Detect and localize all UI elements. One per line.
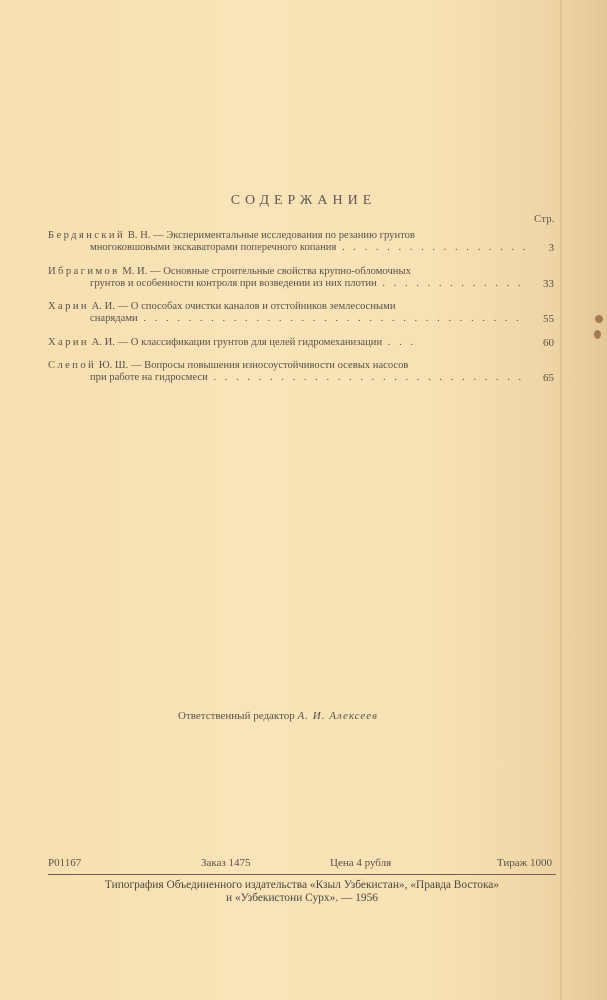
publication-code: Р01167 — [48, 857, 81, 869]
entry-page-number: 65 — [524, 372, 554, 384]
entry-title-line2: грунтов и особенности контроля при возве… — [90, 278, 377, 290]
entry-page-number: 60 — [524, 337, 554, 349]
entry-author: Харин — [48, 301, 89, 312]
page-fold — [560, 0, 562, 1000]
entry-page-number: 33 — [524, 278, 554, 290]
entry-initials: В. Н. — [128, 230, 151, 241]
circulation: Тираж 1000 — [497, 857, 552, 869]
entry-initials: А. И. — [92, 301, 115, 312]
editor-label: Ответственный редактор — [178, 710, 295, 722]
price: Цена 4 рубля — [330, 857, 391, 869]
leader-dots: . . . . . . . . . . . . . . . . . . . . … — [138, 313, 528, 325]
toc-entry: Харин А. И. — О классификации грунтов дл… — [48, 337, 528, 349]
entry-title-line2: снарядами — [90, 313, 138, 325]
printer-line-2: и «Узбекистони Сурх». — 1956 — [48, 892, 556, 905]
leader-dots: . . . . . . . . . . . . . . . . . . . . … — [336, 242, 528, 254]
stain-mark — [594, 330, 601, 339]
toc-entry: Слепой Ю. Ш. — Вопросы повышения износоу… — [48, 360, 528, 384]
entry-title-line2: многоковшовыми экскаваторами поперечного… — [90, 242, 336, 254]
entry-author: Бердянский — [48, 230, 125, 241]
entry-author: Харин — [48, 337, 89, 348]
editor-line: Ответственный редактор А. И. Алексеев — [178, 710, 378, 722]
printer-info: Типография Объединенного издательства «К… — [48, 879, 556, 905]
editor-name: А. И. Алексеев — [298, 710, 378, 722]
stain-mark — [595, 315, 603, 323]
toc-title: СОДЕРЖАНИЕ — [0, 193, 607, 209]
toc-entry: Харин А. И. — О способах очистки каналов… — [48, 301, 528, 325]
imprint-row: Р01167 Заказ 1475 Цена 4 рубля Тираж 100… — [48, 857, 552, 871]
printer-line-1: Типография Объединенного издательства «К… — [48, 879, 556, 892]
entry-initials: А. И. — [92, 337, 115, 348]
entry-title-line1: — О способах очистки каналов и отстойник… — [118, 301, 396, 312]
entry-title-line1: — Экспериментальные исследования по реза… — [153, 230, 415, 241]
leader-dots: . . . . . . . . . . . . . . . . . . . . … — [208, 372, 528, 384]
entry-title-line1: — Вопросы повышения износоустойчивости о… — [131, 360, 408, 371]
toc-entry: Ибрагимов М. И. — Основные строительные … — [48, 266, 528, 290]
order-number: Заказ 1475 — [201, 857, 251, 869]
toc-entry: Бердянский В. Н. — Экспериментальные исс… — [48, 230, 528, 254]
entry-page-number: 55 — [524, 313, 554, 325]
entry-title-line1: — О классификации грунтов для целей гидр… — [118, 337, 383, 348]
entry-initials: М. И. — [122, 266, 147, 277]
entry-page-number: 3 — [524, 242, 554, 254]
entry-title-line2: при работе на гидросмеси — [90, 372, 208, 384]
page-edge-shadow — [547, 0, 607, 1000]
leader-dots: . . . . . . . . . . . . . . . . . . . . … — [377, 278, 528, 290]
document-page: СОДЕРЖАНИЕ Стр. Ответственный редактор А… — [0, 0, 607, 1000]
divider — [48, 874, 556, 875]
entry-initials: Ю. Ш. — [99, 360, 129, 371]
entry-author: Ибрагимов — [48, 266, 120, 277]
entry-title-line1: — Основные строительные свойства крупно-… — [150, 266, 411, 277]
page-column-header: Стр. — [534, 213, 554, 225]
entry-author: Слепой — [48, 360, 96, 371]
